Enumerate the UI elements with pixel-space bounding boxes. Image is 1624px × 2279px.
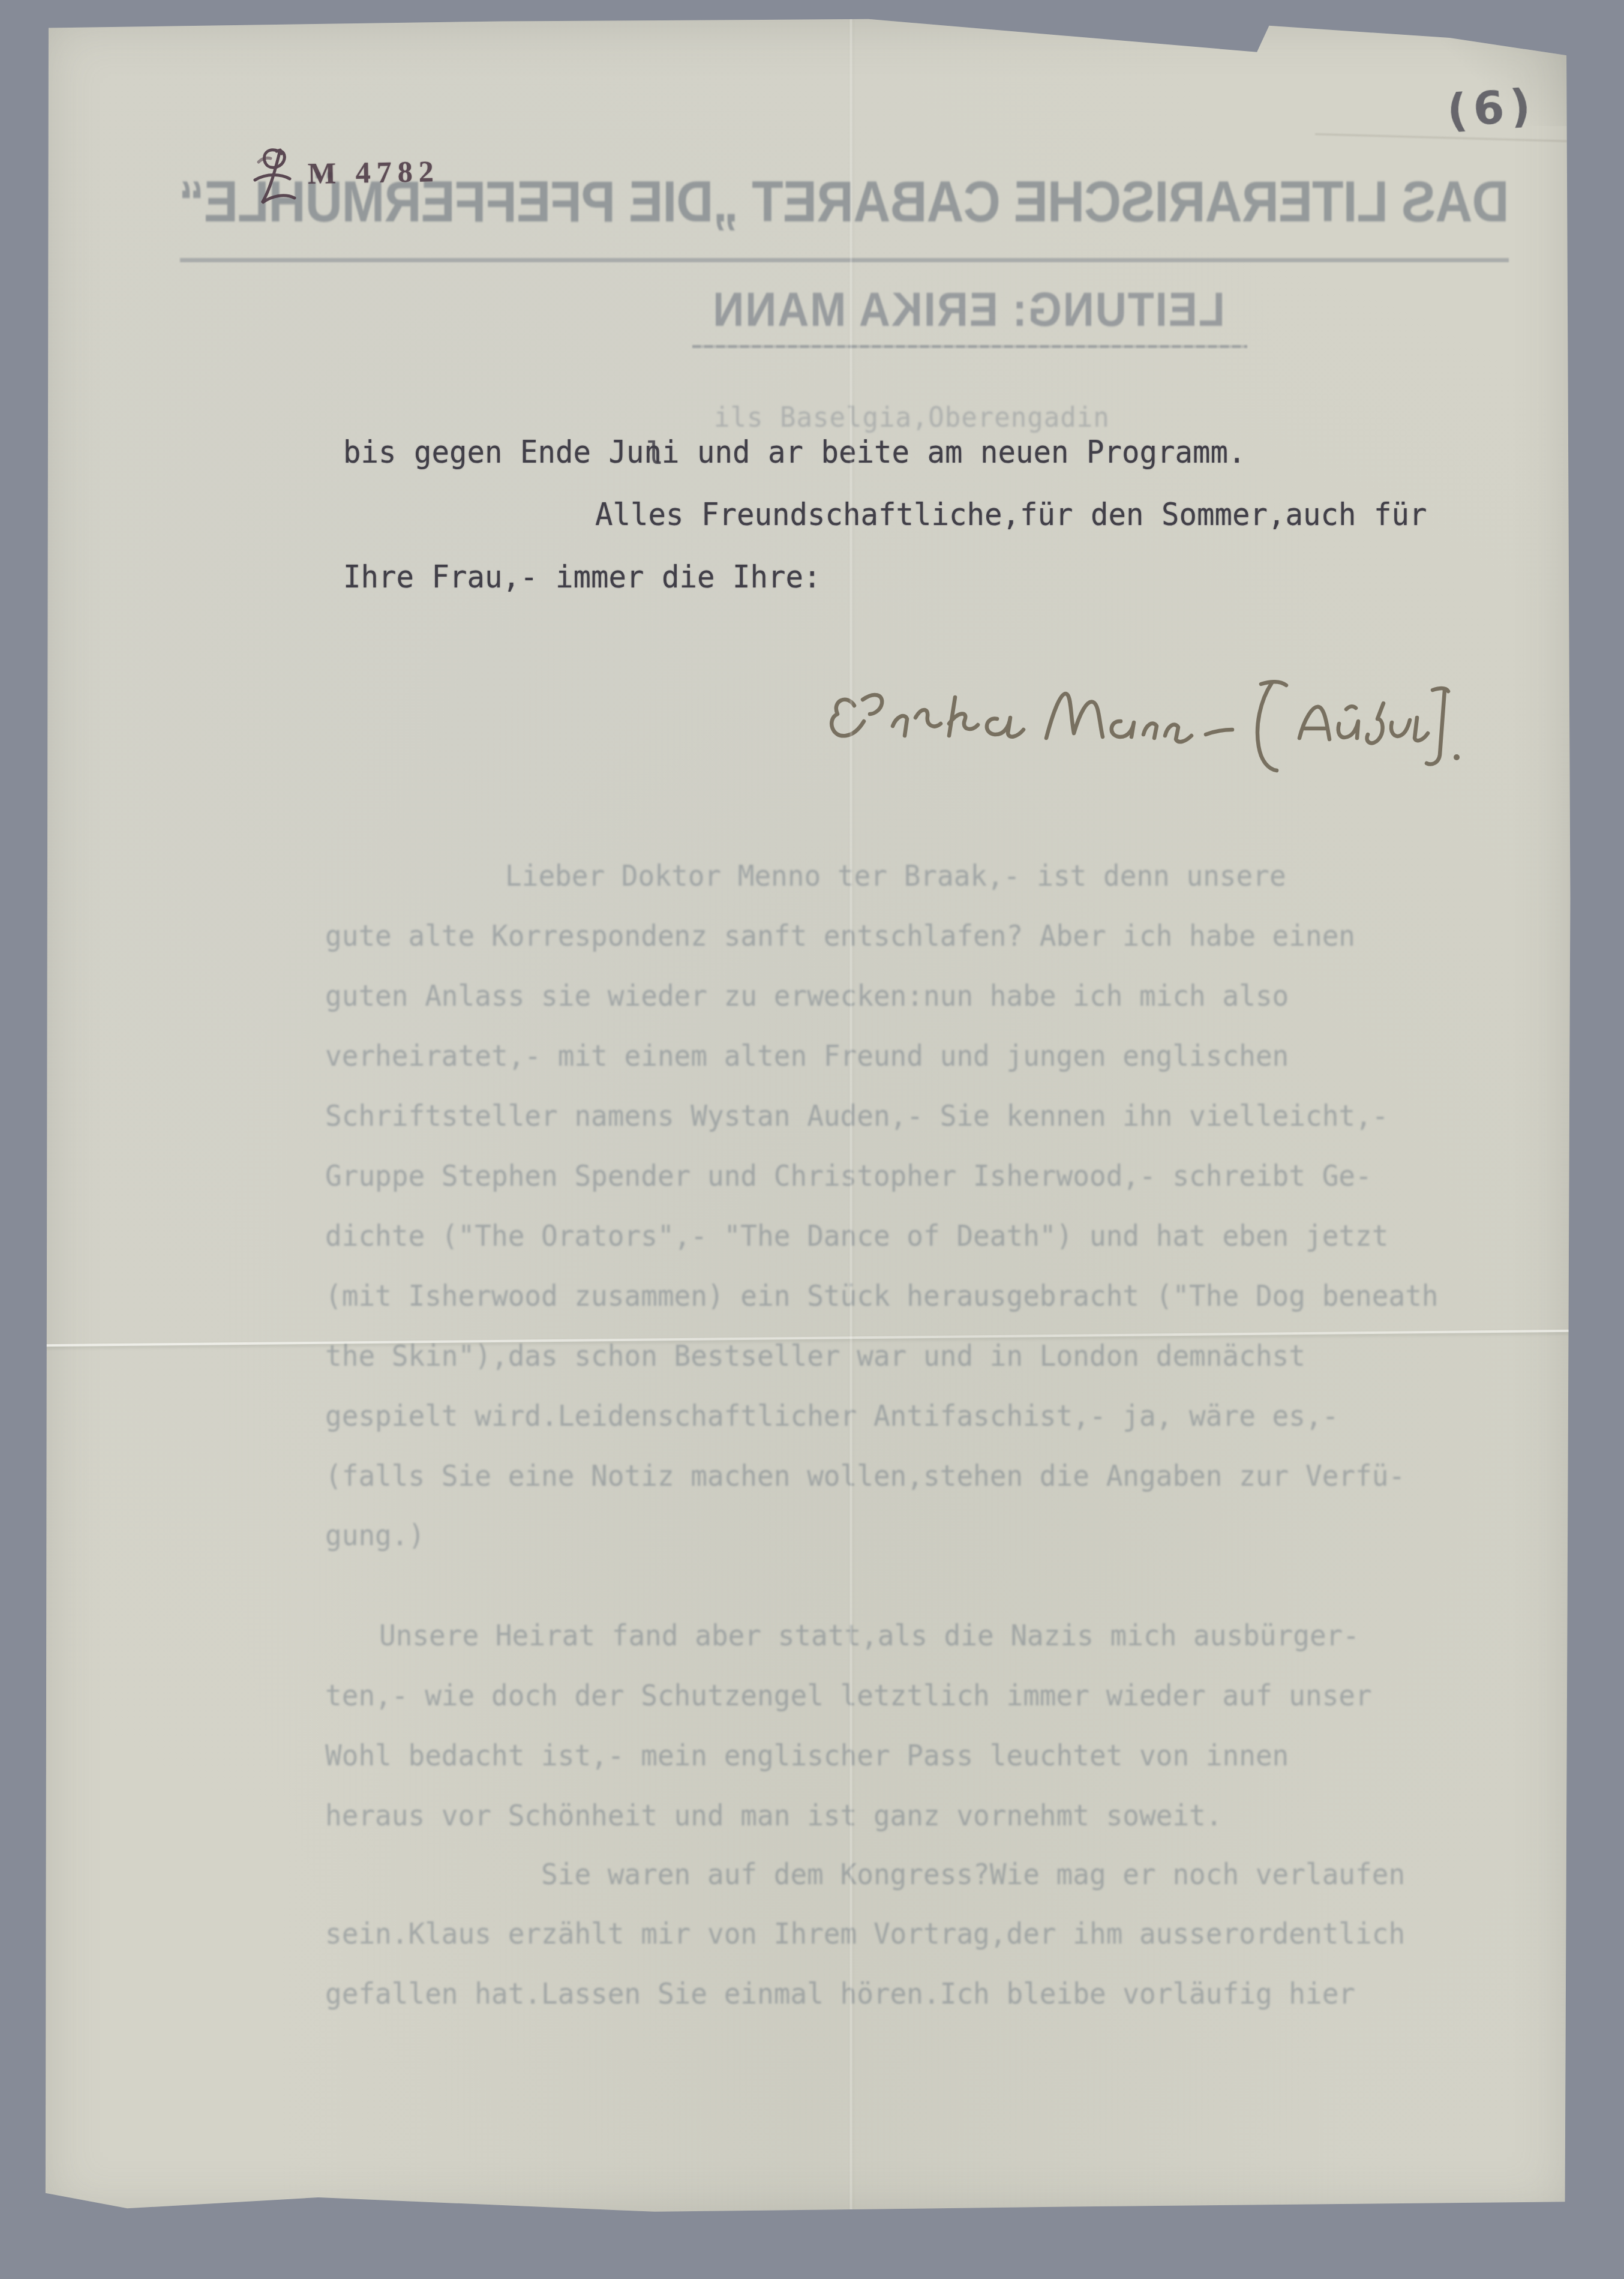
letterhead-subtitle-mirrored: LEITUNG: ERIKA MANN [692,283,1244,337]
ghost-line: (mit Isherwood zusammen) ein Stück herau… [325,1266,1439,1326]
ghost-line: gung.) [325,1506,1439,1566]
letterhead-rule-top [180,258,1509,262]
ghost-line: (falls Sie eine Notiz machen wollen,steh… [325,1446,1439,1506]
ghost-line: Wohl bedacht ist,- mein englischer Pass … [325,1726,1372,1786]
ghost-line: gespielt wird.Leidenschaftlicher Antifas… [325,1386,1439,1446]
overstruck-character: nl [644,421,662,484]
archive-stamp: M 4782 [250,144,454,210]
ghost-line: heraus vor Schönheit und man ist ganz vo… [325,1786,1372,1846]
ghost-line: dichte ("The Orators",- "The Dance of De… [325,1206,1439,1266]
ghost-line: the Skin"),das schon Bestseller war und … [325,1326,1439,1386]
fold-crease-vertical [850,18,852,2217]
ghost-line: guten Anlass sie wieder zu erwecken:nun … [325,966,1439,1026]
ghost-line: gute alte Korrespondenz sanft entschlafe… [325,906,1439,966]
ghost-line: Unsere Heirat fand aber statt,als die Na… [379,1606,1372,1666]
ghost-paragraph-2: Unsere Heirat fand aber statt,als die Na… [325,1606,1372,1846]
corner-shading [1416,18,1572,126]
fold-crease-top [1315,133,1572,142]
ghost-paragraph-1: Lieber Doktor Menno ter Braak,- ist denn… [325,847,1439,1566]
ghost-line: sein.Klaus erzählt mir von Ihrem Vortrag… [325,1905,1405,1965]
letterhead-rule-bottom [692,345,1247,348]
ghost-line: ten,- wie doch der Schutzengel letztlich… [325,1666,1372,1726]
ghost-line: Lieber Doktor Menno ter Braak,- ist denn… [505,847,1439,907]
ghost-line: Schriftsteller namens Wystan Auden,- Sie… [325,1086,1439,1146]
stamp-number: M 4782 [308,154,440,191]
ghost-line: gefallen hat.Lassen Sie einmal hören.Ich… [325,1964,1405,2024]
letter-sheet: DAS LITERARISCHE CABARET „DIE PFEFFERMÜH… [43,18,1572,2217]
typed-line-1: bis gegen Ende Junli und ar beite am neu… [343,421,1427,484]
typed-line-2: Alles Freundschaftliche,für den Sommer,a… [595,484,1427,546]
typed-text-block: bis gegen Ende Junli und ar beite am neu… [343,421,1427,608]
ghost-paragraph-3: Sie waren auf dem Kongress?Wie mag er no… [325,1845,1405,2025]
signature-erika-mann-auden [823,647,1471,776]
ghost-line: Gruppe Stephen Spender und Christopher I… [325,1146,1439,1206]
ghost-line: verheiratet,- mit einem alten Freund und… [325,1026,1439,1086]
ghost-line: Sie waren auf dem Kongress?Wie mag er no… [541,1845,1405,1905]
typed-line-3: Ihre Frau,- immer die Ihre: [343,546,1427,608]
